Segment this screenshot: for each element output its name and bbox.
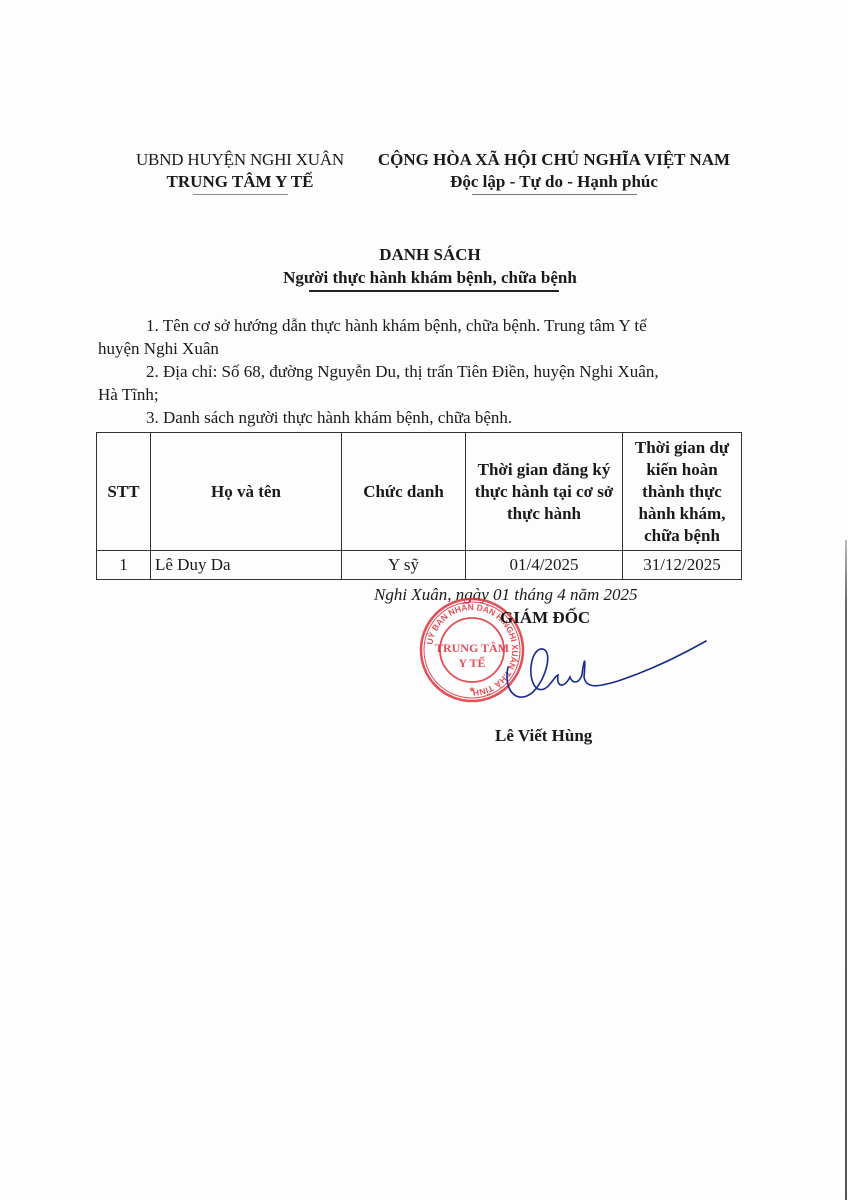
cell-end: 31/12/2025	[623, 551, 742, 580]
paragraph-2-line-2: Hà Tĩnh;	[98, 383, 742, 406]
paragraph-1: 1. Tên cơ sở hướng dẫn thực hành khám bệ…	[122, 314, 742, 360]
paragraph-1-line-1: 1. Tên cơ sở hướng dẫn thực hành khám bệ…	[122, 314, 742, 337]
motto-underline	[472, 194, 637, 195]
paragraph-1-line-2: huyện Nghi Xuân	[98, 337, 742, 360]
header-left-underline	[193, 194, 288, 195]
title-subtitle: Người thực hành khám bệnh, chữa bệnh	[100, 266, 760, 289]
director-title: GIÁM ĐỐC	[500, 608, 590, 628]
organization-name: UBND HUYỆN NGHI XUÂN	[100, 149, 380, 171]
paragraph-2: 2. Địa chỉ: Số 68, đường Nguyễn Du, thị …	[122, 360, 742, 406]
stamp-star-icon: ★	[468, 685, 475, 694]
signature-icon	[498, 637, 708, 707]
unit-name: TRUNG TÂM Y TẾ	[100, 171, 380, 193]
cell-start: 01/4/2025	[466, 551, 623, 580]
cell-name: Lê Duy Da	[151, 551, 342, 580]
document-title: DANH SÁCH Người thực hành khám bệnh, chữ…	[100, 243, 760, 292]
column-header-start: Thời gian đăng ký thực hành tại cơ sở th…	[466, 433, 623, 551]
stamp-center-line-2: Y TẾ	[458, 655, 485, 670]
column-header-name: Họ và tên	[151, 433, 342, 551]
motto: Độc lập - Tự do - Hạnh phúc	[358, 171, 750, 193]
scan-edge	[845, 540, 847, 1200]
title-main: DANH SÁCH	[100, 243, 760, 266]
table-header-row: STT Họ và tên Chức danh Thời gian đăng k…	[97, 433, 742, 551]
title-underline	[309, 290, 559, 292]
cell-role: Y sỹ	[342, 551, 466, 580]
column-header-role: Chức danh	[342, 433, 466, 551]
paragraph-2-line-1: 2. Địa chỉ: Số 68, đường Nguyễn Du, thị …	[122, 360, 742, 383]
country-name: CỘNG HÒA XÃ HỘI CHỦ NGHĨA VIỆT NAM	[358, 149, 750, 171]
practitioner-table: STT Họ và tên Chức danh Thời gian đăng k…	[96, 432, 742, 580]
header-left: UBND HUYỆN NGHI XUÂN TRUNG TÂM Y TẾ	[100, 149, 380, 195]
column-header-end: Thời gian dự kiến hoàn thành thực hành k…	[623, 433, 742, 551]
header-right: CỘNG HÒA XÃ HỘI CHỦ NGHĨA VIỆT NAM Độc l…	[358, 149, 750, 195]
column-header-stt: STT	[97, 433, 151, 551]
table-row: 1 Lê Duy Da Y sỹ 01/4/2025 31/12/2025	[97, 551, 742, 580]
paragraph-3: 3. Danh sách người thực hành khám bệnh, …	[122, 406, 742, 429]
signer-name: Lê Viết Hùng	[495, 726, 592, 746]
cell-stt: 1	[97, 551, 151, 580]
paragraph-3-line-1: 3. Danh sách người thực hành khám bệnh, …	[122, 406, 742, 429]
